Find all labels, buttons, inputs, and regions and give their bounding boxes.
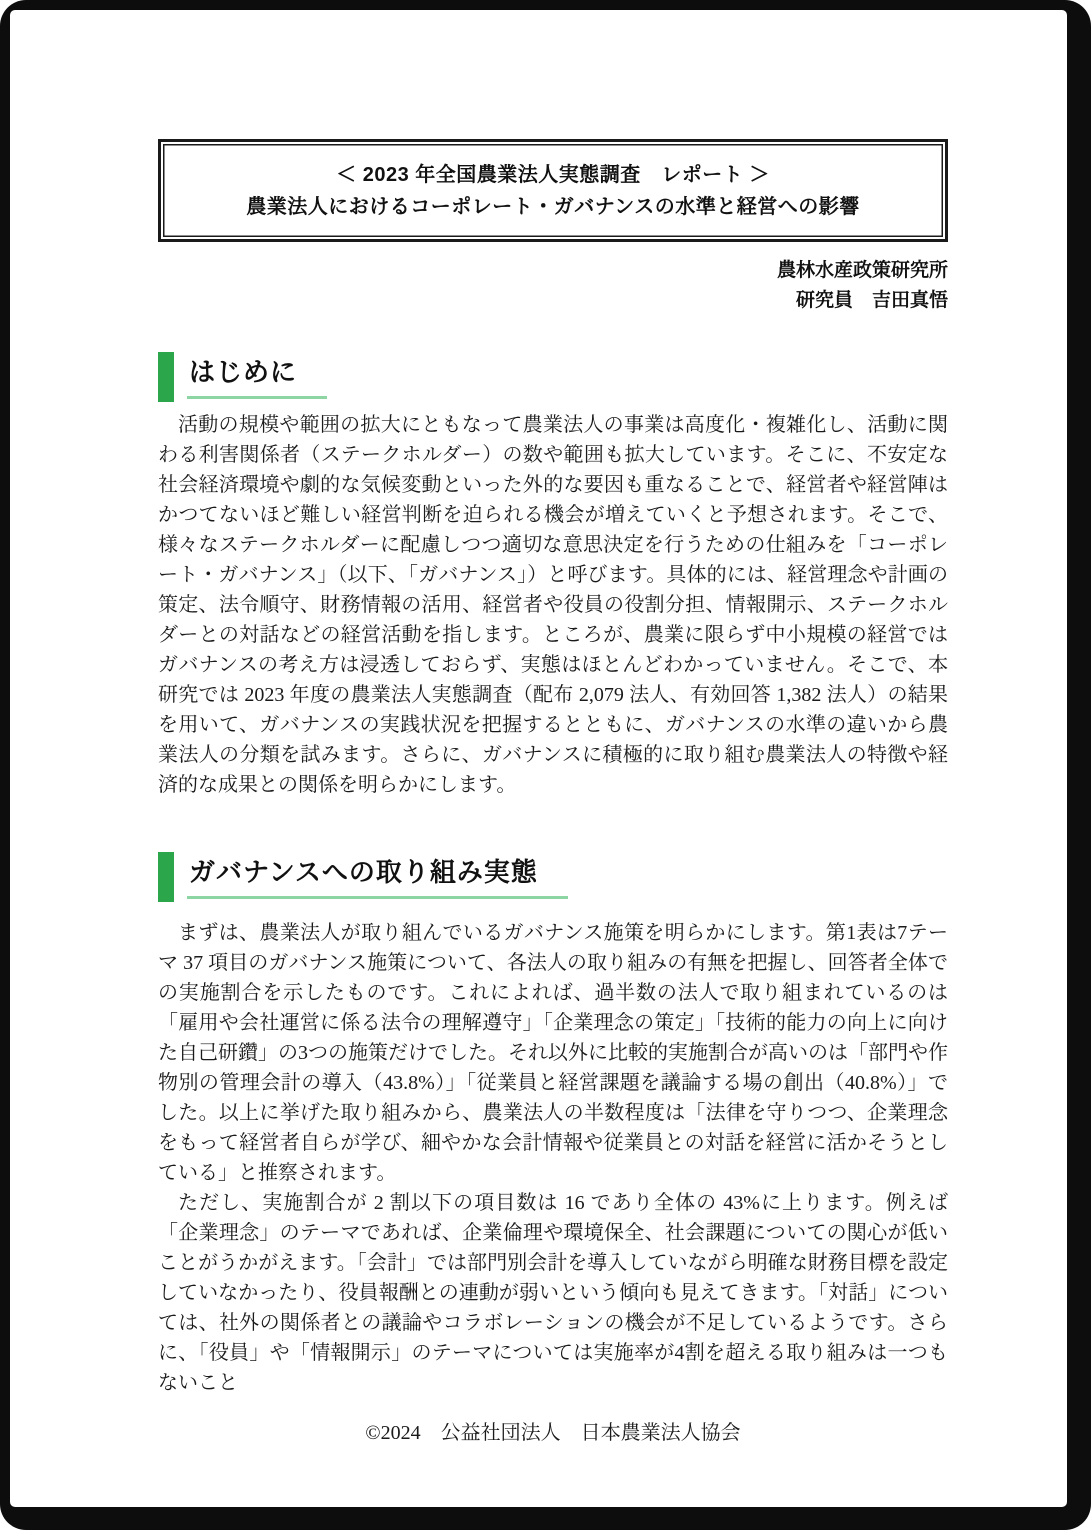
report-series-title: ＜ 2023 年全国農業法人実態調査 レポート ＞	[336, 160, 770, 190]
section-heading-intro-label: はじめに	[187, 352, 327, 399]
report-title: 農業法人におけるコーポレート・ガバナンスの水準と経営への影響	[246, 192, 859, 222]
paragraph: まずは、農業法人が取り組んでいるガバナンス施策を明らかにします。第1表は7テーマ…	[158, 918, 948, 1188]
copyright-footer: ©2024 公益社団法人 日本農業法人協会	[158, 1418, 948, 1448]
section-heading-governance-label: ガバナンスへの取り組み実態	[187, 852, 568, 899]
section-accent-bar-icon	[158, 352, 174, 402]
author-block: 農林水産政策研究所 研究員 吉田真悟	[158, 256, 948, 316]
report-page: ＜ 2023 年全国農業法人実態調査 レポート ＞ 農業法人におけるコーポレート…	[10, 10, 1067, 1507]
paragraph: ただし、実施割合が 2 割以下の項目数は 16 であり全体の 43%に上ります。…	[158, 1188, 948, 1398]
page-frame: ＜ 2023 年全国農業法人実態調査 レポート ＞ 農業法人におけるコーポレート…	[0, 0, 1091, 1530]
intro-body: 活動の規模や範囲の拡大にともなって農業法人の事業は高度化・複雑化し、活動に関わる…	[158, 410, 948, 800]
governance-body: まずは、農業法人が取り組んでいるガバナンス施策を明らかにします。第1表は7テーマ…	[158, 918, 948, 1398]
paragraph: 活動の規模や範囲の拡大にともなって農業法人の事業は高度化・複雑化し、活動に関わる…	[158, 410, 948, 800]
section-heading-governance: ガバナンスへの取り組み実態	[158, 852, 948, 902]
section-accent-bar-icon	[158, 852, 174, 902]
title-box: ＜ 2023 年全国農業法人実態調査 レポート ＞ 農業法人におけるコーポレート…	[158, 139, 948, 242]
author-affiliation: 農林水産政策研究所	[158, 256, 948, 286]
author-name: 研究員 吉田真悟	[158, 286, 948, 316]
section-heading-intro: はじめに	[158, 352, 948, 402]
page-content: ＜ 2023 年全国農業法人実態調査 レポート ＞ 農業法人におけるコーポレート…	[158, 139, 948, 1448]
